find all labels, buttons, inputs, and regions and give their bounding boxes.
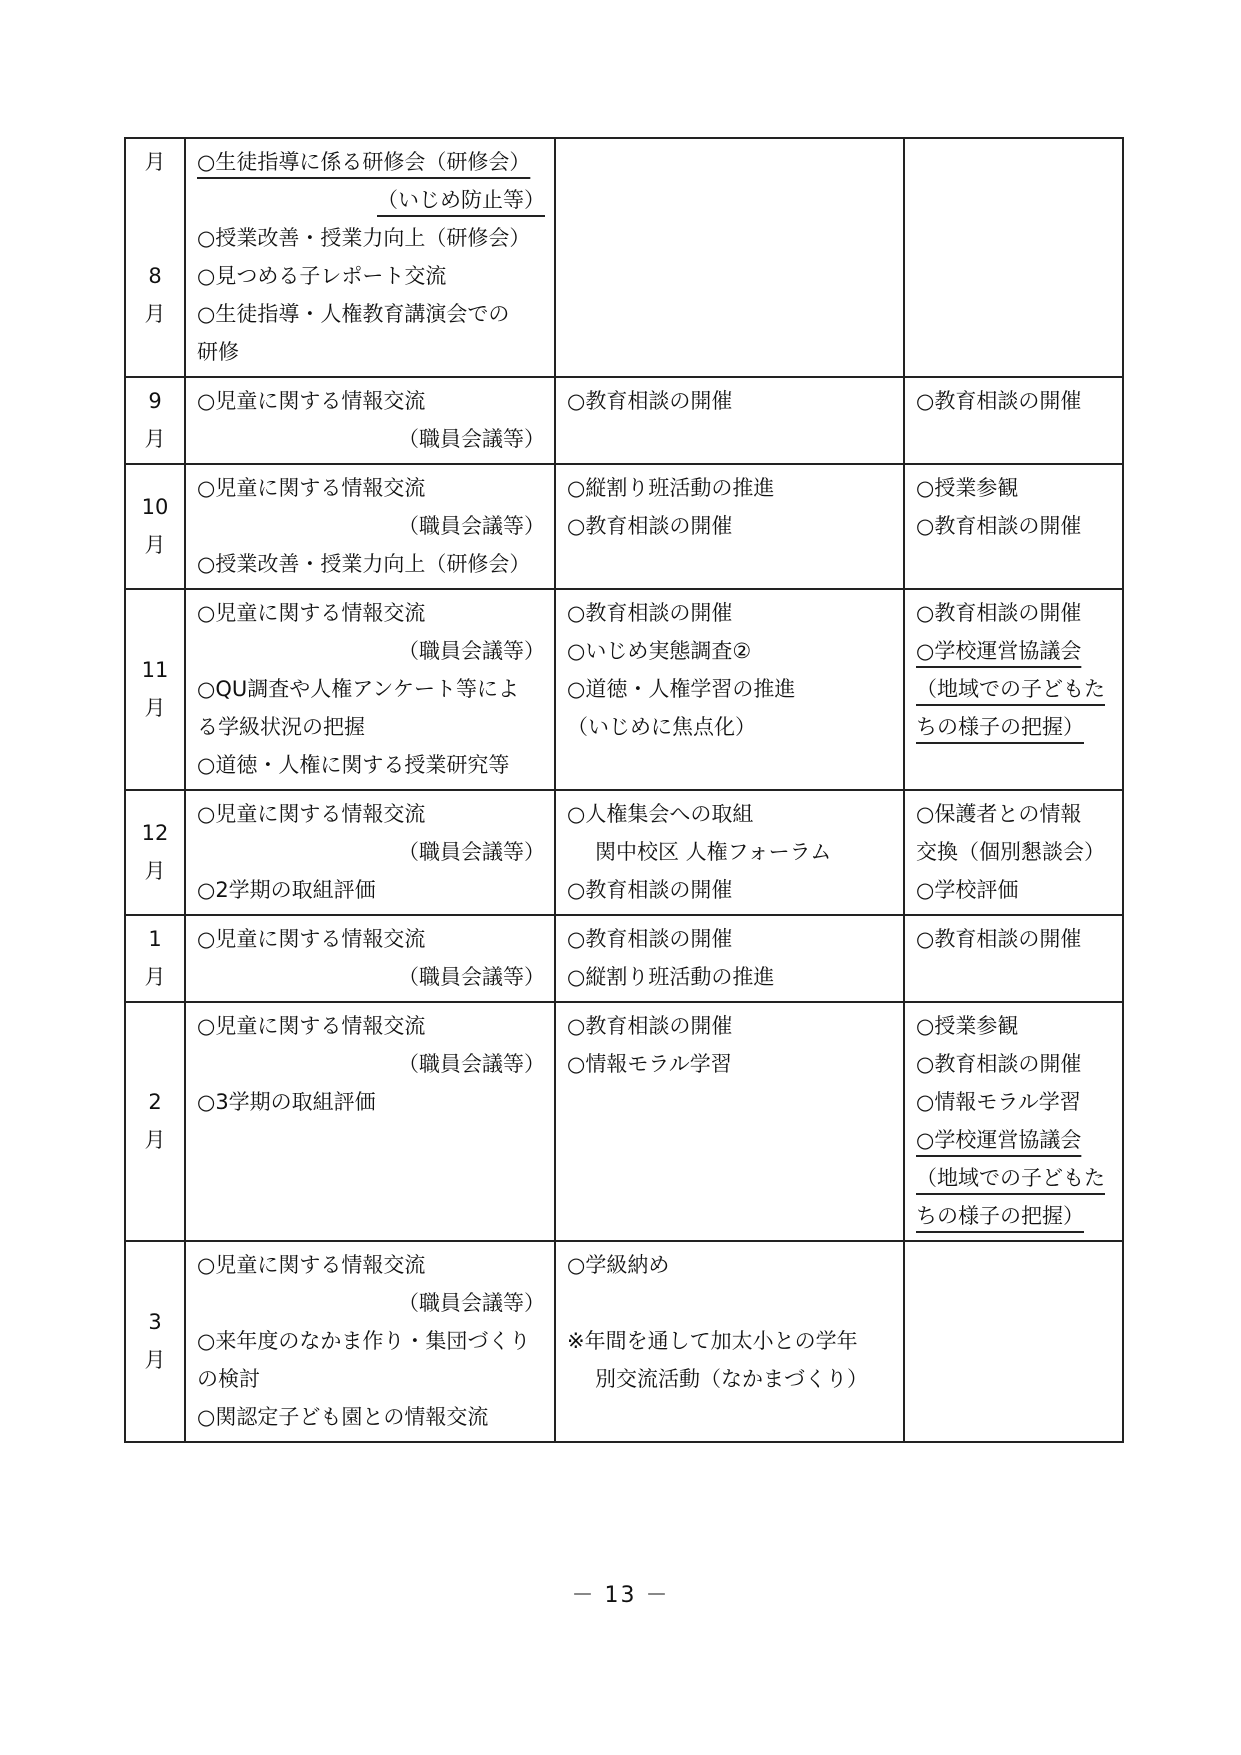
activity-line: ○道徳・人権学習の推進: [556, 670, 903, 708]
activity-line: ○2学期の取組評価: [186, 871, 554, 909]
table-row: 11月○児童に関する情報交流（職員会議等）○QU調査や人権アンケート等による学級…: [125, 589, 1123, 790]
month-label: 月: [126, 526, 184, 564]
activity-cell: ○児童に関する情報交流（職員会議等）○3学期の取組評価: [185, 1002, 555, 1241]
month-label: [126, 219, 184, 257]
activity-cell: ○生徒指導に係る研修会（研修会）（いじめ防止等）○授業改善・授業力向上（研修会）…: [185, 138, 555, 377]
table-row: 2月○児童に関する情報交流（職員会議等）○3学期の取組評価○教育相談の開催○情報…: [125, 1002, 1123, 1241]
month-label: 2: [126, 1083, 184, 1121]
activity-cell: ○教育相談の開催: [904, 915, 1123, 1002]
activity-line: ○児童に関する情報交流: [186, 1007, 554, 1045]
activity-line: ○3学期の取組評価: [186, 1083, 554, 1121]
activity-line: ○教育相談の開催: [556, 507, 903, 545]
document-page: 月 8月○生徒指導に係る研修会（研修会）（いじめ防止等）○授業改善・授業力向上（…: [0, 0, 1241, 1755]
table-row: 9月○児童に関する情報交流（職員会議等）○教育相談の開催○教育相談の開催: [125, 377, 1123, 464]
activity-cell: ○教育相談の開催○縦割り班活動の推進: [555, 915, 904, 1002]
activity-line: ○見つめる子レポート交流: [186, 257, 554, 295]
activity-line: ○児童に関する情報交流: [186, 382, 554, 420]
activity-line: （職員会議等）: [186, 1284, 554, 1322]
activity-line: ○学校評価: [905, 871, 1122, 909]
activity-line: [556, 1284, 903, 1322]
activity-line: ○教育相談の開催: [905, 594, 1122, 632]
activity-line: る学級状況の把握: [186, 708, 554, 746]
activity-line: ○児童に関する情報交流: [186, 1246, 554, 1284]
activity-cell: ○縦割り班活動の推進○教育相談の開催: [555, 464, 904, 589]
month-cell: 3月: [125, 1241, 185, 1442]
activity-line: （地域での子どもた: [905, 670, 1122, 708]
activity-line: ○教育相談の開催: [556, 920, 903, 958]
activity-line: ○教育相談の開催: [556, 382, 903, 420]
monthly-plan-table-body: 月 8月○生徒指導に係る研修会（研修会）（いじめ防止等）○授業改善・授業力向上（…: [125, 138, 1123, 1442]
month-label: 3: [126, 1303, 184, 1341]
activity-line: ○教育相談の開催: [905, 507, 1122, 545]
month-cell: 2月: [125, 1002, 185, 1241]
activity-cell: [904, 138, 1123, 377]
activity-line: ○学校運営協議会: [905, 1121, 1122, 1159]
month-label: 11: [126, 651, 184, 689]
activity-line: （職員会議等）: [186, 958, 554, 996]
activity-line: ○児童に関する情報交流: [186, 594, 554, 632]
activity-line: ○保護者との情報: [905, 795, 1122, 833]
activity-line: 別交流活動（なかまづくり）: [556, 1360, 903, 1398]
month-cell: 月 8月: [125, 138, 185, 377]
activity-line: ※年間を通して加太小との学年: [556, 1322, 903, 1360]
month-label: 12: [126, 814, 184, 852]
table-row: 月 8月○生徒指導に係る研修会（研修会）（いじめ防止等）○授業改善・授業力向上（…: [125, 138, 1123, 377]
activity-line: ○学級納め: [556, 1246, 903, 1284]
activity-cell: ○児童に関する情報交流（職員会議等）○QU調査や人権アンケート等による学級状況の…: [185, 589, 555, 790]
month-label: [126, 181, 184, 219]
activity-cell: ○授業参観○教育相談の開催○情報モラル学習○学校運営協議会（地域での子どもたちの…: [904, 1002, 1123, 1241]
month-cell: 12月: [125, 790, 185, 915]
activity-line: ○道徳・人権に関する授業研究等: [186, 746, 554, 784]
activity-line: （いじめ防止等）: [186, 181, 554, 219]
activity-line: ○生徒指導・人権教育講演会での: [186, 295, 554, 333]
activity-cell: ○教育相談の開催: [904, 377, 1123, 464]
table-row: 3月○児童に関する情報交流（職員会議等）○来年度のなかま作り・集団づくりの検討○…: [125, 1241, 1123, 1442]
table-row: 12月○児童に関する情報交流（職員会議等）○2学期の取組評価○人権集会への取組関…: [125, 790, 1123, 915]
activity-cell: [555, 138, 904, 377]
activity-line: ○情報モラル学習: [556, 1045, 903, 1083]
activity-line: ○縦割り班活動の推進: [556, 958, 903, 996]
activity-line: ○授業参観: [905, 469, 1122, 507]
activity-line: ○教育相談の開催: [556, 1007, 903, 1045]
month-label: 9: [126, 382, 184, 420]
activity-line: の検討: [186, 1360, 554, 1398]
activity-line: （職員会議等）: [186, 420, 554, 458]
activity-line: ○児童に関する情報交流: [186, 795, 554, 833]
activity-cell: ○教育相談の開催: [555, 377, 904, 464]
activity-cell: [904, 1241, 1123, 1442]
activity-cell: ○人権集会への取組関中校区 人権フォーラム○教育相談の開催: [555, 790, 904, 915]
month-label: 月: [126, 143, 184, 181]
activity-line: ○人権集会への取組: [556, 795, 903, 833]
activity-cell: ○学級納め ※年間を通して加太小との学年別交流活動（なかまづくり）: [555, 1241, 904, 1442]
month-label: 月: [126, 1121, 184, 1159]
activity-line: ○児童に関する情報交流: [186, 469, 554, 507]
monthly-plan-table: 月 8月○生徒指導に係る研修会（研修会）（いじめ防止等）○授業改善・授業力向上（…: [124, 137, 1124, 1443]
page-number: － 13 －: [0, 1578, 1241, 1609]
activity-cell: ○教育相談の開催○学校運営協議会（地域での子どもたちの様子の把握）: [904, 589, 1123, 790]
month-label: 月: [126, 420, 184, 458]
activity-line: ○教育相談の開催: [905, 382, 1122, 420]
activity-line: 研修: [186, 333, 554, 371]
activity-line: ○授業改善・授業力向上（研修会）: [186, 545, 554, 583]
month-label: 月: [126, 852, 184, 890]
activity-line: （職員会議等）: [186, 632, 554, 670]
activity-line: 交換（個別懇談会）: [905, 833, 1122, 871]
activity-cell: ○保護者との情報交換（個別懇談会）○学校評価: [904, 790, 1123, 915]
activity-line: ○児童に関する情報交流: [186, 920, 554, 958]
table-row: 1月○児童に関する情報交流（職員会議等）○教育相談の開催○縦割り班活動の推進○教…: [125, 915, 1123, 1002]
month-label: 月: [126, 958, 184, 996]
activity-line: ○教育相談の開催: [905, 1045, 1122, 1083]
month-cell: 9月: [125, 377, 185, 464]
activity-cell: ○児童に関する情報交流（職員会議等）○来年度のなかま作り・集団づくりの検討○関認…: [185, 1241, 555, 1442]
activity-line: ○教育相談の開催: [905, 920, 1122, 958]
activity-line: ○QU調査や人権アンケート等によ: [186, 670, 554, 708]
activity-line: ○いじめ実態調査②: [556, 632, 903, 670]
activity-line: （職員会議等）: [186, 507, 554, 545]
activity-line: ○教育相談の開催: [556, 594, 903, 632]
month-cell: 1月: [125, 915, 185, 1002]
activity-line: ○縦割り班活動の推進: [556, 469, 903, 507]
table-row: 10月○児童に関する情報交流（職員会議等）○授業改善・授業力向上（研修会）○縦割…: [125, 464, 1123, 589]
activity-cell: ○児童に関する情報交流（職員会議等）○2学期の取組評価: [185, 790, 555, 915]
activity-cell: ○児童に関する情報交流（職員会議等）: [185, 377, 555, 464]
activity-line: ○来年度のなかま作り・集団づくり: [186, 1322, 554, 1360]
activity-line: ○教育相談の開催: [556, 871, 903, 909]
activity-line: ○学校運営協議会: [905, 632, 1122, 670]
activity-line: ○授業改善・授業力向上（研修会）: [186, 219, 554, 257]
activity-cell: ○教育相談の開催○情報モラル学習: [555, 1002, 904, 1241]
activity-line: ○情報モラル学習: [905, 1083, 1122, 1121]
activity-cell: ○児童に関する情報交流（職員会議等）○授業改善・授業力向上（研修会）: [185, 464, 555, 589]
activity-cell: ○教育相談の開催○いじめ実態調査②○道徳・人権学習の推進（いじめに焦点化）: [555, 589, 904, 790]
activity-line: 関中校区 人権フォーラム: [556, 833, 903, 871]
activity-line: （職員会議等）: [186, 833, 554, 871]
month-label: 月: [126, 295, 184, 333]
activity-line: ○生徒指導に係る研修会（研修会）: [186, 143, 554, 181]
activity-cell: ○授業参観○教育相談の開催: [904, 464, 1123, 589]
month-label: 1: [126, 920, 184, 958]
activity-line: （いじめに焦点化）: [556, 708, 903, 746]
activity-line: （職員会議等）: [186, 1045, 554, 1083]
month-label: 月: [126, 1341, 184, 1379]
activity-line: ちの様子の把握）: [905, 708, 1122, 746]
activity-line: ○関認定子ども園との情報交流: [186, 1398, 554, 1436]
month-label: 10: [126, 488, 184, 526]
month-label: 月: [126, 689, 184, 727]
activity-line: ちの様子の把握）: [905, 1197, 1122, 1235]
month-cell: 10月: [125, 464, 185, 589]
activity-line: ○授業参観: [905, 1007, 1122, 1045]
activity-cell: ○児童に関する情報交流（職員会議等）: [185, 915, 555, 1002]
month-label: 8: [126, 257, 184, 295]
month-cell: 11月: [125, 589, 185, 790]
activity-line: （地域での子どもた: [905, 1159, 1122, 1197]
